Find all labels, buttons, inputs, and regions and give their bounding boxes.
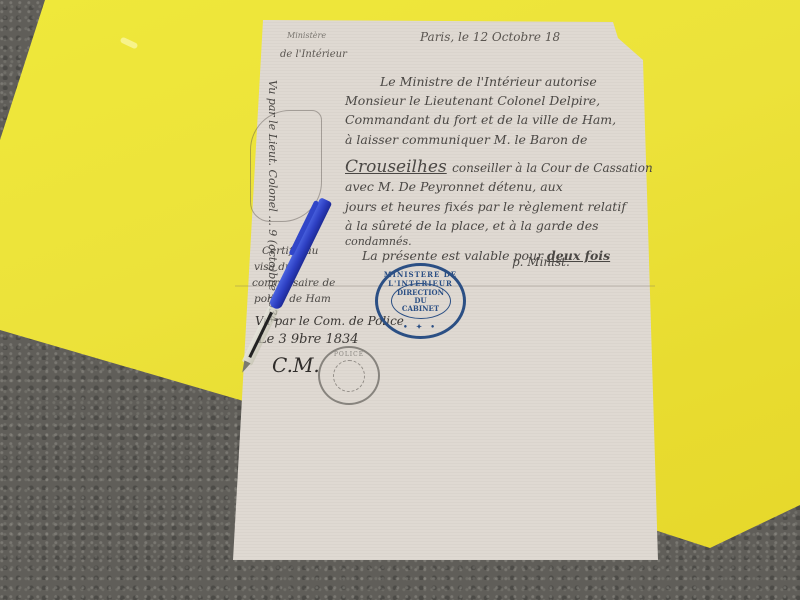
police-visa-signature: C.M. — [272, 355, 320, 375]
body-line-7: jours et heures fixés par le règlement r… — [345, 201, 626, 214]
body-line-5: Crouseilhes conseiller à la Cour de Cass… — [345, 159, 653, 176]
police-seal-text: POLICE — [334, 351, 364, 358]
body-line-1: Le Ministre de l'Intérieur autorise — [380, 76, 597, 89]
police-visa-line-2: Le 3 9bre 1834 — [258, 333, 359, 346]
stamp-ring-text: MINISTERE DE L'INTERIEUR — [378, 270, 463, 288]
minister-signature: p. Minist. — [512, 256, 570, 268]
header-date: Paris, le 12 Octobre 18 — [420, 31, 560, 43]
recipient-title: conseiller à la Cour de Cassation — [452, 161, 653, 175]
header-ministry: Ministère — [287, 32, 326, 40]
validity-line: La présente est valable pour deux fois — [362, 250, 610, 263]
stamp-ornament-icon: • ✦ • — [403, 322, 438, 331]
police-seal-emblem-icon — [333, 360, 365, 392]
header-department: de l'Intérieur — [280, 50, 347, 60]
body-line-8: à la sûreté de la place, et à la garde d… — [345, 220, 599, 233]
body-line-4: à laisser communiquer M. le Baron de — [345, 134, 587, 147]
recipient-name: Crouseilhes — [345, 157, 447, 177]
ministry-cabinet-stamp: MINISTERE DE L'INTERIEUR DIRECTION DU CA… — [375, 263, 466, 339]
margin-note-line-4: police de Ham — [254, 294, 331, 305]
stamp-inner-oval: DIRECTION DU CABINET — [391, 283, 451, 319]
body-line-2: Monsieur le Lieutenant Colonel Delpire, — [345, 95, 600, 108]
police-seal-stamp: POLICE — [318, 346, 380, 405]
body-line-6: avec M. De Peyronnet détenu, aux — [345, 181, 563, 194]
body-line-9: condamnés. — [345, 236, 412, 247]
body-line-3: Commandant du fort et de la ville de Ham… — [345, 114, 616, 127]
stamp-inner-line-3: CABINET — [402, 305, 439, 313]
